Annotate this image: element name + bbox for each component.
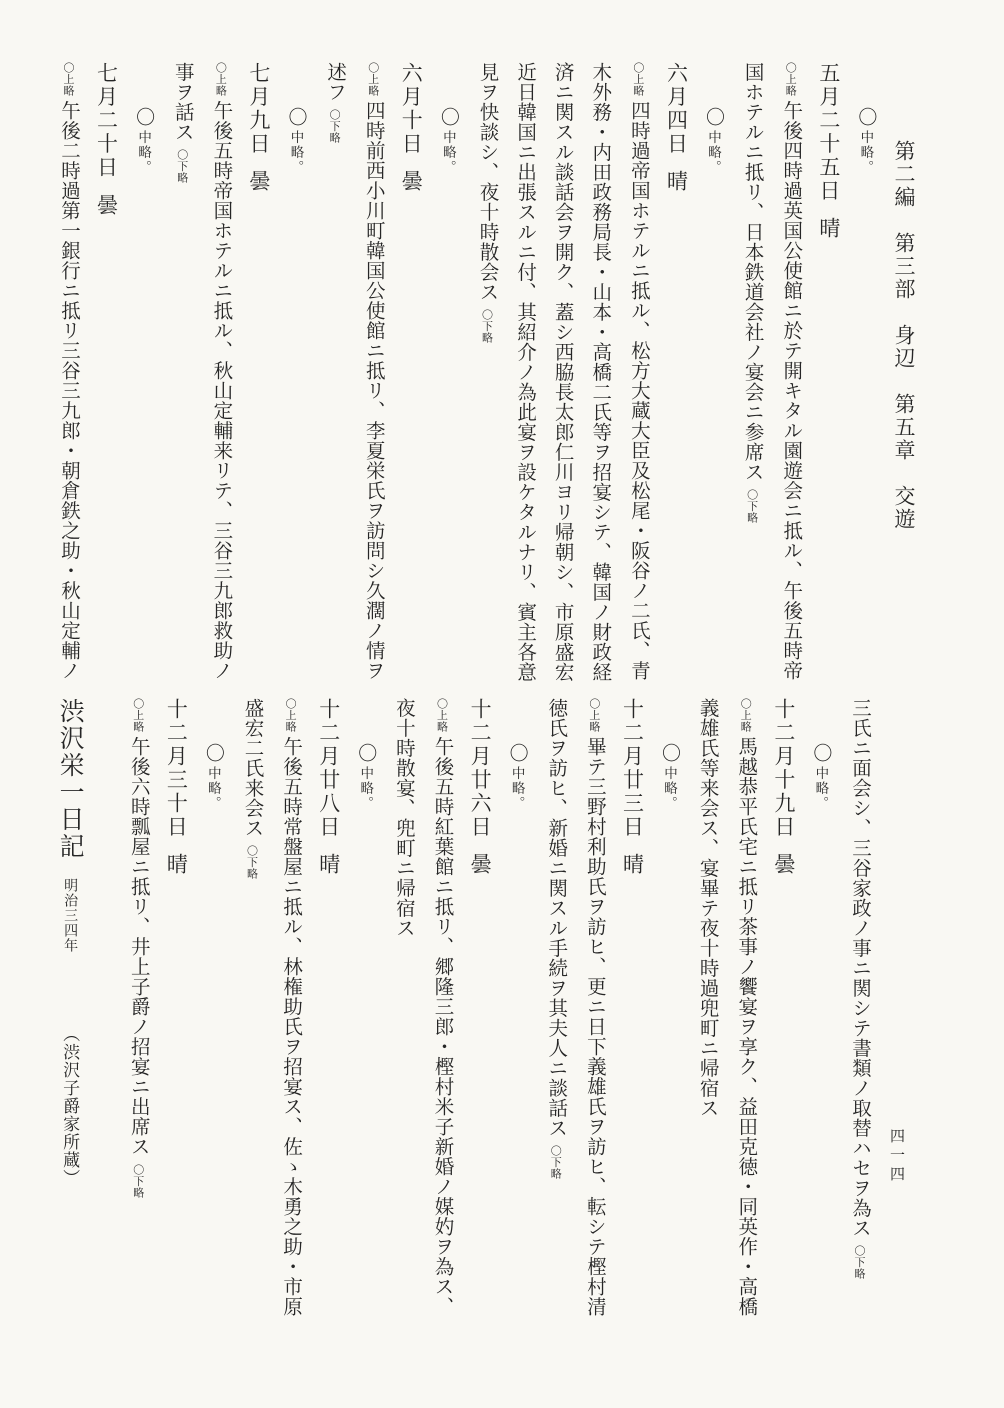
- ellipsis-line: 〇中略。: [650, 698, 688, 1314]
- diary-text: 徳氏ヲ訪ヒ、新婚ニ関スル手続ヲ其夫人ニ談話ス: [545, 698, 566, 1138]
- ellipsis-note: 中略。: [441, 130, 456, 175]
- diary-line: 〇上略午後五時紅葉館ニ抵リ、郷隆三郎・樫村米子新婚ノ媒妁ヲ為ス、: [422, 698, 461, 1314]
- weather-label: 曇: [95, 194, 119, 218]
- ellipsis-line: 〇中略。: [347, 698, 385, 1314]
- diary-text: 午後二時過第一銀行ニ抵リ三谷三九郎・朝倉鉄之助・秋山定輔ノ: [58, 101, 79, 681]
- diary-text: 盛宏二氏来会ス: [242, 698, 263, 838]
- diary-line: 〇上略四時前西小川町韓国公使館ニ抵リ、李夏栄氏ヲ訪問シ久濶ノ情ヲ: [353, 62, 392, 678]
- geryaku-marker: 〇下略: [480, 309, 492, 344]
- diary-text: 近日韓国ニ出張スルニ付、其紹介ノ為此宴ヲ設ケタルナリ、賓主各意: [514, 62, 535, 682]
- ellipsis-note: 中略。: [206, 766, 221, 811]
- diary-text: 木外務・内田政務局長・山本・高橋二氏等ヲ招宴シテ、韓国ノ財政経: [589, 62, 610, 682]
- geryaku-marker: 〇下略: [246, 845, 258, 880]
- date-heading: 七月二十日曇: [87, 62, 125, 678]
- ellipsis-circle-mark: 〇: [659, 743, 680, 763]
- ellipsis-line: 〇中略。: [694, 62, 732, 678]
- section-header: 第二編 第三部 身辺 第五章 交遊: [884, 62, 922, 678]
- diary-line: 〇上略午後二時過第一銀行ニ抵リ三谷三九郎・朝倉鉄之助・秋山定輔ノ: [48, 62, 87, 678]
- diary-text: 見ヲ快談シ、夜十時散会ス: [476, 62, 497, 302]
- diary-text: 午後五時常盤屋ニ抵ル、林権助氏ヲ招宴ス、佐ゝ木勇之助・市原: [280, 737, 301, 1317]
- diary-line: 〇上略午後六時瓢屋ニ抵リ、井上子爵ノ招宴ニ出席ス〇下略: [118, 698, 157, 1314]
- ellipsis-line: 〇中略。: [125, 62, 163, 678]
- weather-label: 曇: [468, 853, 492, 877]
- ellipsis-line: 〇中略。: [847, 62, 885, 678]
- ellipsis-circle-mark: 〇: [355, 743, 376, 763]
- weather-label: 曇: [247, 170, 271, 194]
- geryaku-marker: 〇下略: [176, 149, 188, 184]
- diary-text: 事ヲ話ス: [172, 62, 193, 142]
- diary-line: 徳氏ヲ訪ヒ、新婚ニ関スル手続ヲ其夫人ニ談話ス〇下略: [536, 698, 575, 1314]
- ellipsis-circle-mark: 〇: [507, 743, 528, 763]
- joryaku-marker: 〇上略: [367, 62, 379, 97]
- joryaku-marker: 〇上略: [62, 62, 74, 97]
- date-label: 六月十日: [399, 62, 423, 156]
- diary-line: 〇上略四時過帝国ホテルニ抵ル、松方大蔵大臣及松尾・阪谷ノ二氏、青: [618, 62, 657, 678]
- geryaku-marker: 〇下略: [853, 1245, 865, 1280]
- ellipsis-line: 〇中略。: [429, 62, 467, 678]
- ellipsis-circle-mark: 〇: [133, 107, 154, 127]
- joryaku-marker: 〇上略: [284, 698, 296, 733]
- weather-label: 曇: [399, 170, 423, 194]
- diary-text: 述フ: [324, 62, 345, 102]
- diary-text: 夜十時散宴、兜町ニ帰宿ス: [393, 698, 414, 938]
- geryaku-marker: 〇下略: [328, 109, 340, 144]
- date-heading: 六月十日曇: [392, 62, 430, 678]
- diary-text: 畢テ三野村利助氏ヲ訪ヒ、更ニ日下義雄氏ヲ訪ヒ、転シテ樫村清: [584, 737, 605, 1317]
- scanned-diary-page: { "document": { "header": "第二編 第三部 身辺 第五…: [0, 0, 1004, 1408]
- joryaku-marker: 〇上略: [214, 62, 226, 97]
- date-label: 六月四日: [664, 62, 688, 156]
- diary-line: 盛宏二氏来会ス〇下略: [232, 698, 271, 1314]
- diary-line: 〇上略午後五時常盤屋ニ抵ル、林権助氏ヲ招宴ス、佐ゝ木勇之助・市原: [271, 698, 310, 1314]
- diary-text: 三氏ニ面会シ、三谷家政ノ事ニ関シテ書類ノ取替ハセヲ為ス: [849, 698, 870, 1238]
- joryaku-marker: 〇上略: [435, 698, 447, 733]
- ellipsis-note: 中略。: [813, 766, 828, 811]
- diary-line: 夜十時散宴、兜町ニ帰宿ス: [384, 698, 422, 1314]
- diary-text: 午後四時過英国公使館ニ於テ開キタル園遊会ニ抵ル、午後五時帝: [780, 101, 801, 681]
- date-label: 七月二十日: [95, 62, 119, 180]
- diary-text: 済ニ関スル談話会ヲ開ク、蓋シ西脇長太郎仁川ヨリ帰朝シ、市原盛宏: [552, 62, 573, 682]
- date-label: 十二月十九日: [772, 698, 796, 839]
- ellipsis-circle-mark: 〇: [810, 743, 831, 763]
- diary-text: 国ホテルニ抵リ、日本鉄道会社ノ宴会ニ参席ス: [742, 62, 763, 482]
- colophon-line: 渋沢栄一日記明治三四年（渋沢子爵家所蔵）: [50, 698, 88, 1314]
- weather-label: 曇: [772, 853, 796, 877]
- diary-line: 木外務・内田政務局長・山本・高橋二氏等ヲ招宴シテ、韓国ノ財政経: [581, 62, 619, 678]
- diary-line: 済ニ関スル談話会ヲ開ク、蓋シ西脇長太郎仁川ヨリ帰朝シ、市原盛宏: [543, 62, 581, 678]
- diary-line: 述フ〇下略: [315, 62, 354, 678]
- weather-label: 晴: [664, 170, 688, 194]
- joryaku-marker: 〇上略: [588, 698, 600, 733]
- diary-text: 午後六時瓢屋ニ抵リ、井上子爵ノ招宴ニ出席ス: [128, 737, 149, 1157]
- diary-line: 近日韓国ニ出張スルニ付、其紹介ノ為此宴ヲ設ケタルナリ、賓主各意: [505, 62, 543, 678]
- page-number: 四一四: [886, 1128, 907, 1185]
- diary-text: 四時過帝国ホテルニ抵ル、松方大蔵大臣及松尾・阪谷ノ二氏、青: [628, 101, 649, 681]
- ellipsis-note: 中略。: [858, 130, 873, 175]
- date-label: 七月九日: [247, 62, 271, 156]
- ellipsis-note: 中略。: [136, 130, 151, 175]
- date-label: 十二月廿三日: [620, 698, 644, 839]
- diary-line: 〇上略午後四時過英国公使館ニ於テ開キタル園遊会ニ抵ル、午後五時帝: [771, 62, 810, 678]
- date-heading: 十二月三十日晴: [157, 698, 195, 1314]
- ellipsis-note: 中略。: [289, 130, 304, 175]
- ellipsis-circle-mark: 〇: [203, 743, 224, 763]
- diary-section-top: 第二編 第三部 身辺 第五章 交遊 〇中略。 五月二十五日晴 〇上略午後四時過英…: [48, 62, 922, 678]
- date-label: 十二月三十日: [164, 698, 188, 839]
- date-heading: 六月四日晴: [657, 62, 695, 678]
- ellipsis-line: 〇中略。: [194, 698, 232, 1314]
- diary-line: 国ホテルニ抵リ、日本鉄道会社ノ宴会ニ参席ス〇下略: [732, 62, 771, 678]
- ellipsis-note: 中略。: [706, 130, 721, 175]
- ellipsis-circle-mark: 〇: [438, 107, 459, 127]
- diary-line: 義雄氏等来会ス、宴畢テ夜十時過兜町ニ帰宿ス: [688, 698, 726, 1314]
- date-label: 五月二十五日: [817, 62, 841, 203]
- date-heading: 十二月廿六日曇: [460, 698, 498, 1314]
- diary-text: 午後五時紅葉館ニ抵リ、郷隆三郎・樫村米子新婚ノ媒妁ヲ為ス、: [431, 737, 452, 1317]
- diary-text: 義雄氏等来会ス、宴畢テ夜十時過兜町ニ帰宿ス: [697, 698, 718, 1118]
- diary-line: 見ヲ快談シ、夜十時散会ス〇下略: [467, 62, 506, 678]
- geryaku-marker: 〇下略: [549, 1145, 561, 1180]
- diary-era-year: 明治三四年: [62, 878, 77, 953]
- date-label: 十二月廿六日: [468, 698, 492, 839]
- diary-line: 三氏ニ面会シ、三谷家政ノ事ニ関シテ書類ノ取替ハセヲ為ス〇下略: [839, 698, 878, 1314]
- geryaku-marker: 〇下略: [132, 1164, 144, 1199]
- ellipsis-circle-mark: 〇: [855, 107, 876, 127]
- weather-label: 晴: [817, 217, 841, 241]
- date-heading: 十二月十九日曇: [764, 698, 802, 1314]
- diary-text: 四時前西小川町韓国公使館ニ抵リ、李夏栄氏ヲ訪問シ久濶ノ情ヲ: [363, 101, 384, 681]
- geryaku-marker: 〇下略: [746, 489, 758, 524]
- diary-section-bottom: 三氏ニ面会シ、三谷家政ノ事ニ関シテ書類ノ取替ハセヲ為ス〇下略 〇中略。 十二月十…: [50, 698, 878, 1314]
- joryaku-marker: 〇上略: [739, 698, 751, 733]
- ellipsis-note: 中略。: [662, 766, 677, 811]
- ellipsis-line: 〇中略。: [802, 698, 840, 1314]
- ellipsis-line: 〇中略。: [277, 62, 315, 678]
- diary-title: 渋沢栄一日記: [56, 698, 83, 860]
- weather-label: 晴: [317, 853, 341, 877]
- ellipsis-circle-mark: 〇: [703, 107, 724, 127]
- diary-line: 〇上略馬越恭平氏宅ニ抵リ茶事ノ饗宴ヲ享ク、益田克徳・同英作・高橋: [726, 698, 765, 1314]
- date-heading: 五月二十五日晴: [809, 62, 847, 678]
- diary-line: 〇上略畢テ三野村利助氏ヲ訪ヒ、更ニ日下義雄氏ヲ訪ヒ、転シテ樫村清: [574, 698, 613, 1314]
- diary-source-note: （渋沢子爵家所蔵）: [60, 1025, 79, 1187]
- ellipsis-circle-mark: 〇: [286, 107, 307, 127]
- date-heading: 十二月廿三日晴: [613, 698, 651, 1314]
- diary-text: 馬越恭平氏宅ニ抵リ茶事ノ饗宴ヲ享ク、益田克徳・同英作・高橋: [735, 737, 756, 1317]
- joryaku-marker: 〇上略: [632, 62, 644, 97]
- joryaku-marker: 〇上略: [132, 698, 144, 733]
- ellipsis-note: 中略。: [510, 766, 525, 811]
- date-label: 十二月廿八日: [317, 698, 341, 839]
- date-heading: 十二月廿八日晴: [309, 698, 347, 1314]
- diary-text: 午後五時帝国ホテルニ抵ル、秋山定輔来リテ、三谷三九郎救助ノ: [210, 101, 231, 681]
- joryaku-marker: 〇上略: [784, 62, 796, 97]
- ellipsis-note: 中略。: [358, 766, 373, 811]
- diary-line: 事ヲ話ス〇下略: [162, 62, 201, 678]
- date-heading: 七月九日曇: [239, 62, 277, 678]
- weather-label: 晴: [620, 853, 644, 877]
- ellipsis-line: 〇中略。: [498, 698, 536, 1314]
- weather-label: 晴: [164, 853, 188, 877]
- diary-line: 〇上略午後五時帝国ホテルニ抵ル、秋山定輔来リテ、三谷三九郎救助ノ: [201, 62, 240, 678]
